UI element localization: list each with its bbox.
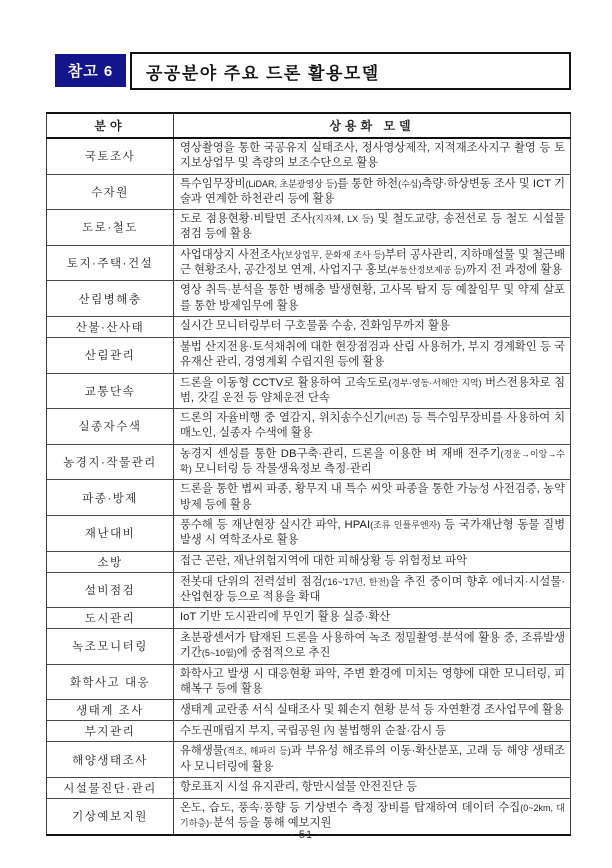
field-cell: 도로·철도	[47, 210, 174, 246]
page-title: 공공분야 주요 드론 활용모델	[130, 52, 571, 90]
document-page: 참고 6 공공분야 주요 드론 활용모델 분야 상용화 모델 국토조사 영상촬영…	[0, 0, 612, 868]
model-cell: 생태계 교란종 서식 실태조사 및 훼손지 현황 분석 등 자연환경 조사업무에…	[174, 700, 571, 721]
table-row: 녹조모니터링 초분광센서가 탑재된 드론을 사용하여 녹조 정밀촬영·분석에 활…	[47, 629, 571, 665]
model-cell: 사업대상지 사전조사(보상업무, 문화재 조사 등)부터 공사관리, 지하매설물…	[174, 245, 571, 281]
model-cell: 실시간 모니터링부터 구호물품 수송, 진화임무까지 활용	[174, 316, 571, 337]
field-cell: 화학사고 대응	[47, 664, 174, 700]
reference-badge: 참고 6	[55, 54, 126, 87]
field-cell: 도시관리	[47, 608, 174, 629]
table-row: 파종·방제 드론을 통한 볍씨 파종, 황무지 내 특수 씨앗 파종을 통한 가…	[47, 480, 571, 516]
parenthetical-note: (비콘)	[384, 413, 407, 423]
table-row: 산림병해충 영상 취득·분석을 통한 병해충 발생현황, 고사목 탐지 등 예찰…	[47, 281, 571, 317]
parenthetical-note: (경부·영동·서해안 지역)	[388, 378, 481, 388]
field-cell: 산림병해충	[47, 281, 174, 317]
table-row: 수자원 특수임무장비(LiDAR, 초분광영상 등)를 통한 하천(수심)측량·…	[47, 174, 571, 210]
table-row: 재난대비 풍수해 등 재난현장 실시간 파악, HPAI(조류 인플루엔자) 등…	[47, 515, 571, 551]
table-row: 교통단속 드론을 이동형 CCTV로 활용하여 고속도로(경부·영동·서해안 지…	[47, 373, 571, 409]
model-cell: 농경지 센싱를 통한 DB구축·관리, 드론을 이용한 벼 재배 전주기(경운→…	[174, 444, 571, 480]
table-row: 설비점검 전봇대 단위의 전력설비 점검('16~'17년, 한전)을 추진 중…	[47, 572, 571, 608]
field-cell: 교통단속	[47, 373, 174, 409]
model-cell: IoT 기반 도시관리에 무인기 활용 실증·확산	[174, 608, 571, 629]
model-cell: 유해생물(적조, 해파리 등)과 부유성 해조류의 이동·확산분포, 고래 등 …	[174, 742, 571, 778]
table-row: 실종자수색 드론의 자율비행 중 열감지, 위치송수신기(비콘) 등 특수임무장…	[47, 409, 571, 445]
model-cell: 초분광센서가 탑재된 드론을 사용하여 녹조 정밀촬영·분석에 활용 중, 조류…	[174, 629, 571, 665]
parenthetical-note: (적조, 해파리 등)	[224, 746, 291, 756]
table-row: 화학사고 대응 화학사고 발생 시 대응현황 파악, 주변 환경에 미치는 영향…	[47, 664, 571, 700]
parenthetical-note: (0~2km, 대기하층)	[180, 803, 565, 828]
table-row: 토지·주택·건설 사업대상지 사전조사(보상업무, 문화재 조사 등)부터 공사…	[47, 245, 571, 281]
model-cell: 접근 곤란, 재난위험지역에 대한 피해상황 등 위험정보 파악	[174, 551, 571, 572]
model-cell: 화학사고 발생 시 대응현황 파악, 주변 환경에 미치는 영향에 대한 모니터…	[174, 664, 571, 700]
model-cell: 영상촬영을 통한 국공유지 실태조사, 정사영상제작, 지적재조사지구 촬영 등…	[174, 138, 571, 174]
model-cell: 드론의 자율비행 중 열감지, 위치송수신기(비콘) 등 특수임무장비를 사용하…	[174, 409, 571, 445]
table-row: 소방 접근 곤란, 재난위험지역에 대한 피해상황 등 위험정보 파악	[47, 551, 571, 572]
table-row: 농경지·작물관리 농경지 센싱를 통한 DB구축·관리, 드론을 이용한 벼 재…	[47, 444, 571, 480]
field-cell: 산불·산사태	[47, 316, 174, 337]
model-cell: 영상 취득·분석을 통한 병해충 발생현황, 고사목 탐지 등 예찰임무 및 약…	[174, 281, 571, 317]
parenthetical-note: (LiDAR, 초분광영상 등)	[245, 179, 337, 189]
model-cell: 수도권매립지 부지, 국립공원 內 불법행위 순찰·감시 등	[174, 721, 571, 742]
field-cell: 부지관리	[47, 721, 174, 742]
table-row: 해양생태조사 유해생물(적조, 해파리 등)과 부유성 해조류의 이동·확산분포…	[47, 742, 571, 778]
model-cell: 도로 점용현황·비탈면 조사(지자체, LX 등) 및 철도교량, 송전선로 등…	[174, 210, 571, 246]
table-row: 도로·철도 도로 점용현황·비탈면 조사(지자체, LX 등) 및 철도교량, …	[47, 210, 571, 246]
field-cell: 토지·주택·건설	[47, 245, 174, 281]
column-header-model: 상용화 모델	[174, 113, 571, 138]
field-cell: 시설물진단·관리	[47, 777, 174, 798]
field-cell: 농경지·작물관리	[47, 444, 174, 480]
table-row: 도시관리 IoT 기반 도시관리에 무인기 활용 실증·확산	[47, 608, 571, 629]
field-cell: 해양생태조사	[47, 742, 174, 778]
table-row: 산불·산사태 실시간 모니터링부터 구호물품 수송, 진화임무까지 활용	[47, 316, 571, 337]
model-cell: 항로표지 시설 유지관리, 항만시설물 안전진단 등	[174, 777, 571, 798]
field-cell: 수자원	[47, 174, 174, 210]
table-row: 산림관리 불법 산지전용·토석채취에 대한 현장점검과 산림 사용허가, 부지 …	[47, 337, 571, 373]
parenthetical-note: (경운→이앙→수확)	[180, 449, 565, 474]
model-cell: 전봇대 단위의 전력설비 점검('16~'17년, 한전)을 추진 중이며 향후…	[174, 572, 571, 608]
field-cell: 파종·방제	[47, 480, 174, 516]
drone-model-table: 분야 상용화 모델 국토조사 영상촬영을 통한 국공유지 실태조사, 정사영상제…	[46, 112, 571, 836]
table-header-row: 분야 상용화 모델	[47, 113, 571, 138]
parenthetical-note: (수심)	[398, 179, 421, 189]
table-body: 국토조사 영상촬영을 통한 국공유지 실태조사, 정사영상제작, 지적재조사지구…	[47, 138, 571, 835]
field-cell: 재난대비	[47, 515, 174, 551]
field-cell: 녹조모니터링	[47, 629, 174, 665]
model-cell: 드론을 이동형 CCTV로 활용하여 고속도로(경부·영동·서해안 지역) 버스…	[174, 373, 571, 409]
column-header-field: 분야	[47, 113, 174, 138]
field-cell: 설비점검	[47, 572, 174, 608]
parenthetical-note: (조류 인플루엔자)	[370, 520, 440, 530]
model-cell: 드론을 통한 볍씨 파종, 황무지 내 특수 씨앗 파종을 통한 가능성 사전검…	[174, 480, 571, 516]
parenthetical-note: ('16~'17년, 한전)	[323, 577, 390, 587]
model-cell: 불법 산지전용·토석채취에 대한 현장점검과 산림 사용허가, 부지 경계확인 …	[174, 337, 571, 373]
table-row: 국토조사 영상촬영을 통한 국공유지 실태조사, 정사영상제작, 지적재조사지구…	[47, 138, 571, 174]
table-header: 분야 상용화 모델	[47, 113, 571, 138]
model-cell: 특수임무장비(LiDAR, 초분광영상 등)를 통한 하천(수심)측량·하상변동…	[174, 174, 571, 210]
field-cell: 국토조사	[47, 138, 174, 174]
field-cell: 산림관리	[47, 337, 174, 373]
field-cell: 실종자수색	[47, 409, 174, 445]
table-row: 부지관리 수도권매립지 부지, 국립공원 內 불법행위 순찰·감시 등	[47, 721, 571, 742]
table-row: 시설물진단·관리 항로표지 시설 유지관리, 항만시설물 안전진단 등	[47, 777, 571, 798]
parenthetical-note: (부동산정보제공 등)	[388, 265, 466, 275]
field-cell: 소방	[47, 551, 174, 572]
table-row: 생태계 조사 생태계 교란종 서식 실태조사 및 훼손지 현황 분석 등 자연환…	[47, 700, 571, 721]
parenthetical-note: (지자체, LX 등)	[312, 214, 373, 224]
field-cell: 생태계 조사	[47, 700, 174, 721]
model-cell: 풍수해 등 재난현장 실시간 파악, HPAI(조류 인플루엔자) 등 국가재난…	[174, 515, 571, 551]
page-number: - 51 -	[0, 829, 612, 841]
parenthetical-note: (보상업무, 문화재 조사 등)	[282, 250, 385, 260]
parenthetical-note: (5~10월)	[202, 648, 237, 658]
